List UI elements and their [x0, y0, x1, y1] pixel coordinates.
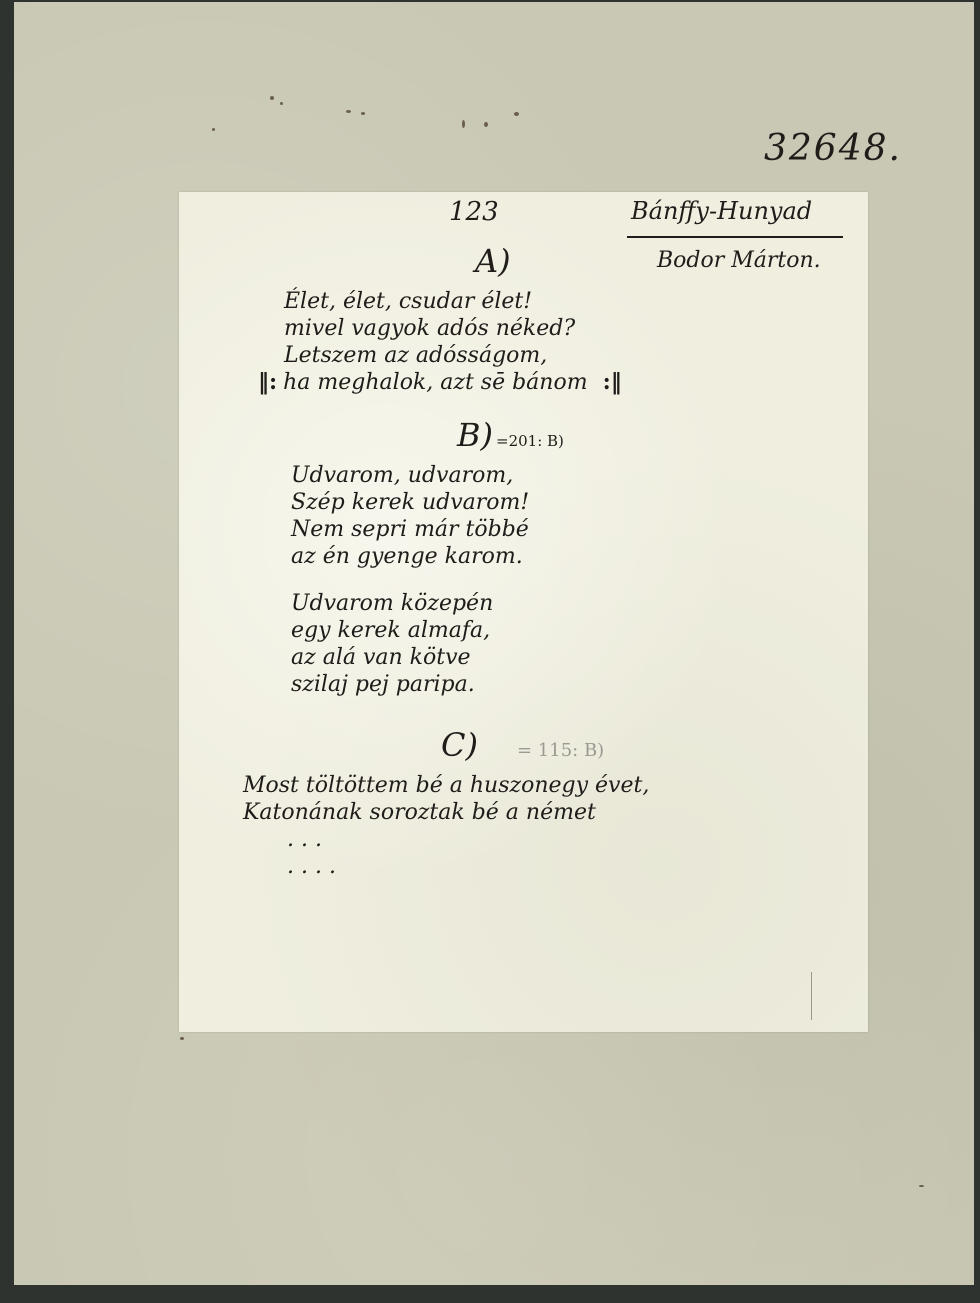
ellipsis-line: . . . .: [287, 853, 336, 880]
verse-line: Szép kerek udvarom!: [291, 489, 529, 516]
ink-speck: [212, 128, 215, 131]
underline-rule: [627, 236, 843, 238]
section-b-label: B): [457, 416, 493, 454]
ink-speck: [919, 1185, 924, 1187]
catalog-number: 32648.: [764, 128, 902, 169]
verse-line: mivel vagyok adós néked?: [284, 315, 622, 342]
verse-line: egy kerek almafa,: [291, 617, 493, 644]
page-number: 123: [449, 197, 499, 227]
verse-line: Nem sepri már többé: [291, 516, 529, 543]
section-b-stanza-2: Udvarom közepén egy kerek almafa, az alá…: [291, 590, 493, 698]
ellipsis-line: . . .: [287, 826, 336, 853]
verse-line: szilaj pej paripa.: [291, 671, 493, 698]
verse-line: az alá van kötve: [291, 644, 493, 671]
verse-line: Most töltöttem bé a huszonegy évet,: [243, 772, 649, 799]
verse-line: Udvarom közepén: [291, 590, 493, 617]
ink-speck: [180, 1037, 184, 1040]
section-c-reference: = 115: B): [517, 740, 604, 761]
section-c-verse: Most töltöttem bé a huszonegy évet, Kato…: [243, 772, 649, 826]
pencil-mark: [811, 972, 812, 1020]
location-heading: Bánffy-Hunyad: [631, 197, 812, 225]
ink-speck: [280, 102, 283, 105]
verse-line: Élet, élet, csudar élet!: [284, 288, 622, 315]
verse-line: ‖:ha meghalok, azt sē bánom :‖: [284, 369, 622, 396]
section-b-stanza-1: Udvarom, udvarom, Szép kerek udvarom! Ne…: [291, 462, 529, 570]
verse-line: az én gyenge karom.: [291, 543, 529, 570]
section-a-label: A): [475, 242, 511, 280]
repeat-open-mark: ‖:: [258, 369, 277, 395]
section-b-reference: =201: B): [496, 432, 564, 450]
manuscript-sheet: 123 Bánffy-Hunyad Bodor Márton. A) Élet,…: [179, 192, 868, 1032]
repeat-close-mark: :‖: [603, 369, 622, 395]
ink-speck: [514, 112, 519, 116]
ink-speck: [270, 96, 274, 100]
ink-speck: [346, 110, 351, 113]
verse-line-text: ha meghalok, azt sē bánom: [283, 370, 587, 395]
ink-speck: [361, 112, 365, 115]
verse-line: Katonának soroztak bé a német: [243, 799, 649, 826]
section-c-ellipsis: . . . . . . .: [287, 826, 336, 880]
section-c-label: C): [441, 726, 478, 764]
section-a-verse: Élet, élet, csudar élet! mivel vagyok ad…: [284, 288, 622, 396]
verse-line: Udvarom, udvarom,: [291, 462, 529, 489]
verse-line: Letszem az adósságom,: [284, 342, 622, 369]
ink-speck: [462, 120, 465, 128]
collector-name: Bodor Márton.: [657, 248, 821, 273]
ink-speck: [484, 122, 488, 127]
